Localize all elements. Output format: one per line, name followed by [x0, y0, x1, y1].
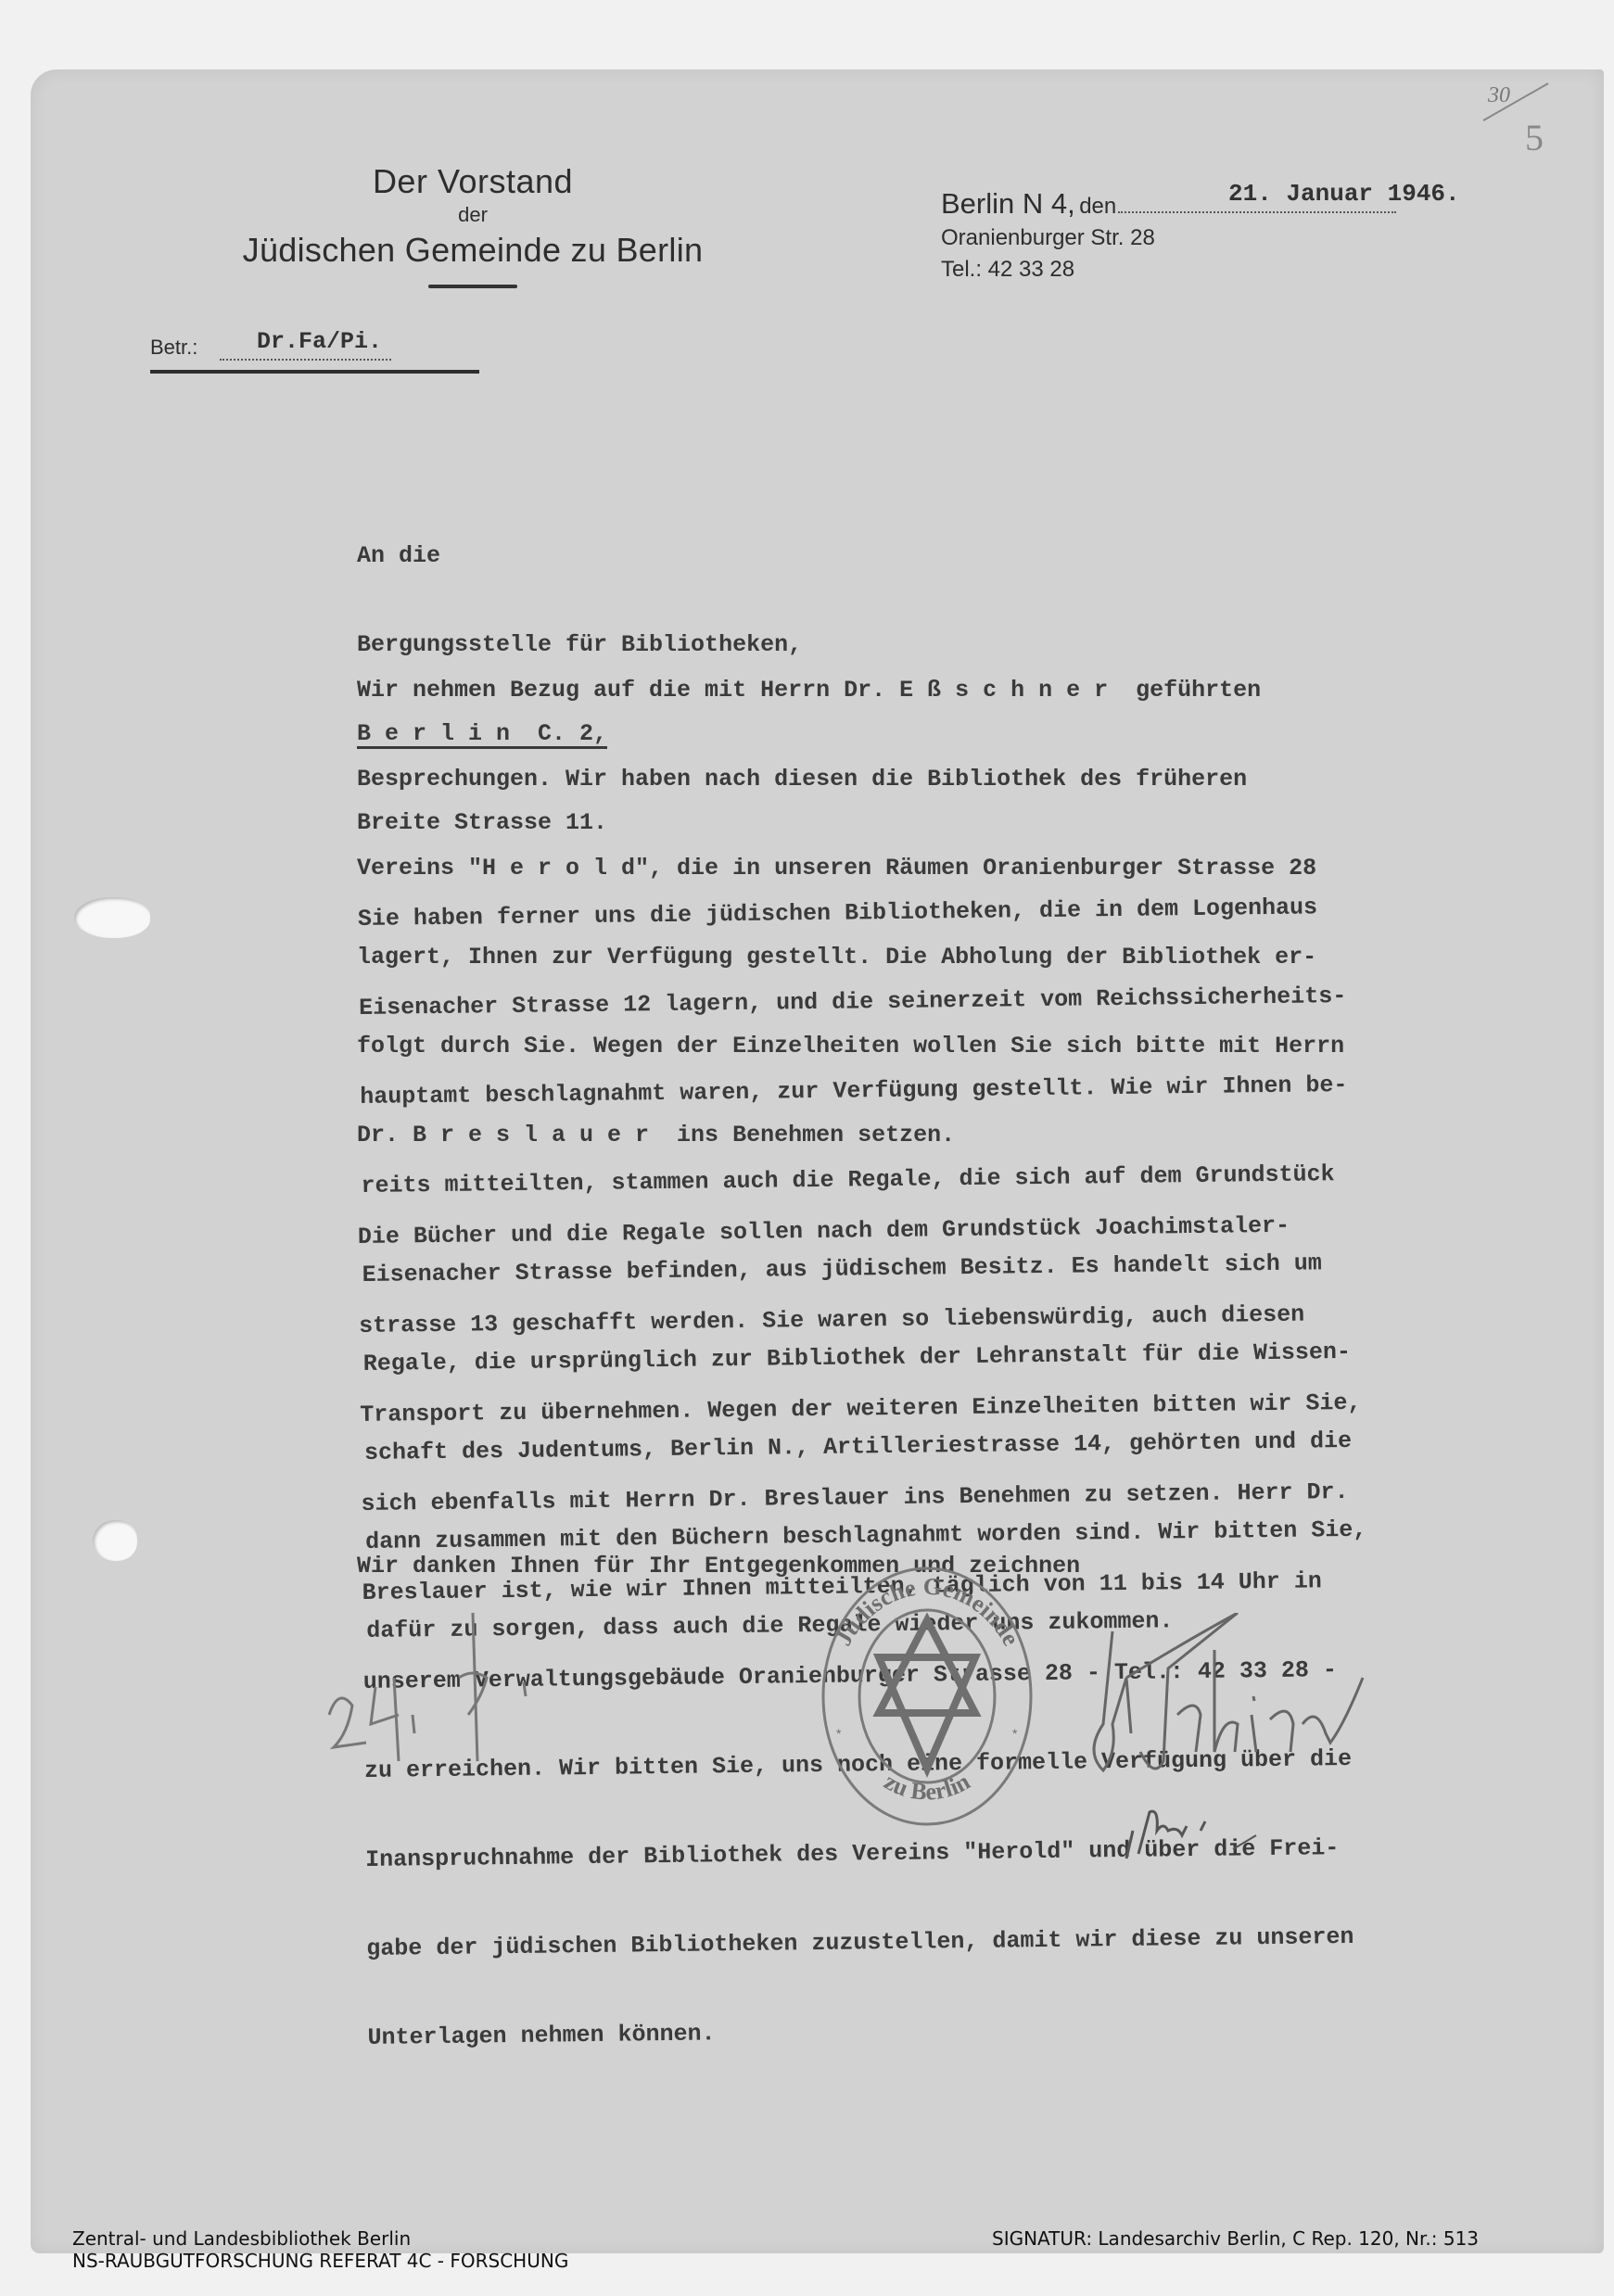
recipient-line: An die [357, 541, 802, 571]
body-line: gabe der jüdischen Bibliotheken zuzustel… [366, 1922, 1367, 1964]
punch-hole-top [74, 897, 150, 938]
body-line: Wir nehmen Bezug auf die mit Herrn Dr. E… [357, 676, 1344, 705]
body-line: Sie haben ferner uns die jüdischen Bibli… [358, 893, 1359, 934]
handwritten-date-initials-icon [311, 1576, 589, 1761]
svg-text:*: * [836, 1726, 842, 1741]
letterhead-title: Der Vorstand [148, 162, 797, 201]
reference-value: Dr.Fa/Pi. [257, 328, 382, 355]
reference-label: Betr.: [150, 336, 197, 359]
footer-department: NS-RAUBGUTFORSCHUNG REFERAT 4C - FORSCHU… [72, 2250, 568, 2272]
signature-fabian-icon [1075, 1613, 1409, 1798]
body-line: Eisenacher Strasse 12 lagern, und die se… [359, 982, 1360, 1023]
sender-phone: Tel.: 42 33 28 [941, 254, 1396, 285]
svg-text:*: * [1012, 1726, 1018, 1741]
sender-city: Berlin N 4, [941, 187, 1075, 220]
body-line: strasse 13 geschafft werden. Sie waren s… [359, 1300, 1360, 1341]
body-line: Die Bücher und die Regale sollen nach de… [358, 1211, 1359, 1252]
footer-left: Zentral- und Landesbibliothek Berlin NS-… [72, 2227, 568, 2272]
letterhead-organization: Jüdischen Gemeinde zu Berlin [148, 229, 797, 272]
sender-block: Berlin N 4, den 21. Januar 1946. Oranien… [941, 185, 1396, 285]
margin-note-page: 5 [1525, 116, 1544, 159]
footer-signature-ref: SIGNATUR: Landesarchiv Berlin, C Rep. 12… [992, 2227, 1479, 2250]
signature-secondary-icon [1112, 1794, 1298, 1868]
letterhead: Der Vorstand der Jüdischen Gemeinde zu B… [148, 162, 797, 288]
reference-field: Betr.: Dr.Fa/Pi. [150, 336, 197, 360]
body-line: Transport zu übernehmen. Wegen der weite… [360, 1389, 1361, 1430]
letter-date: 21. Januar 1946. [1228, 180, 1460, 208]
reference-dotted-line [220, 359, 391, 361]
punch-hole-bottom [93, 1520, 137, 1561]
letterhead-rule [428, 285, 517, 288]
community-stamp: Jüdische Gemeinde zu Berlin * * [797, 1557, 1057, 1835]
reference-underline [150, 370, 479, 374]
sender-street: Oranienburger Str. 28 [941, 222, 1396, 254]
body-line: Besprechungen. Wir haben nach diesen die… [357, 765, 1344, 794]
sender-den-label: den [1079, 194, 1116, 219]
date-dotted-line [1118, 211, 1396, 213]
body-line: Unterlagen nehmen können. [367, 2011, 1368, 2053]
body-line: hauptamt beschlagnahmt waren, zur Verfüg… [360, 1071, 1361, 1112]
letterhead-der: der [148, 201, 797, 229]
footer-institution: Zentral- und Landesbibliothek Berlin [72, 2227, 568, 2250]
